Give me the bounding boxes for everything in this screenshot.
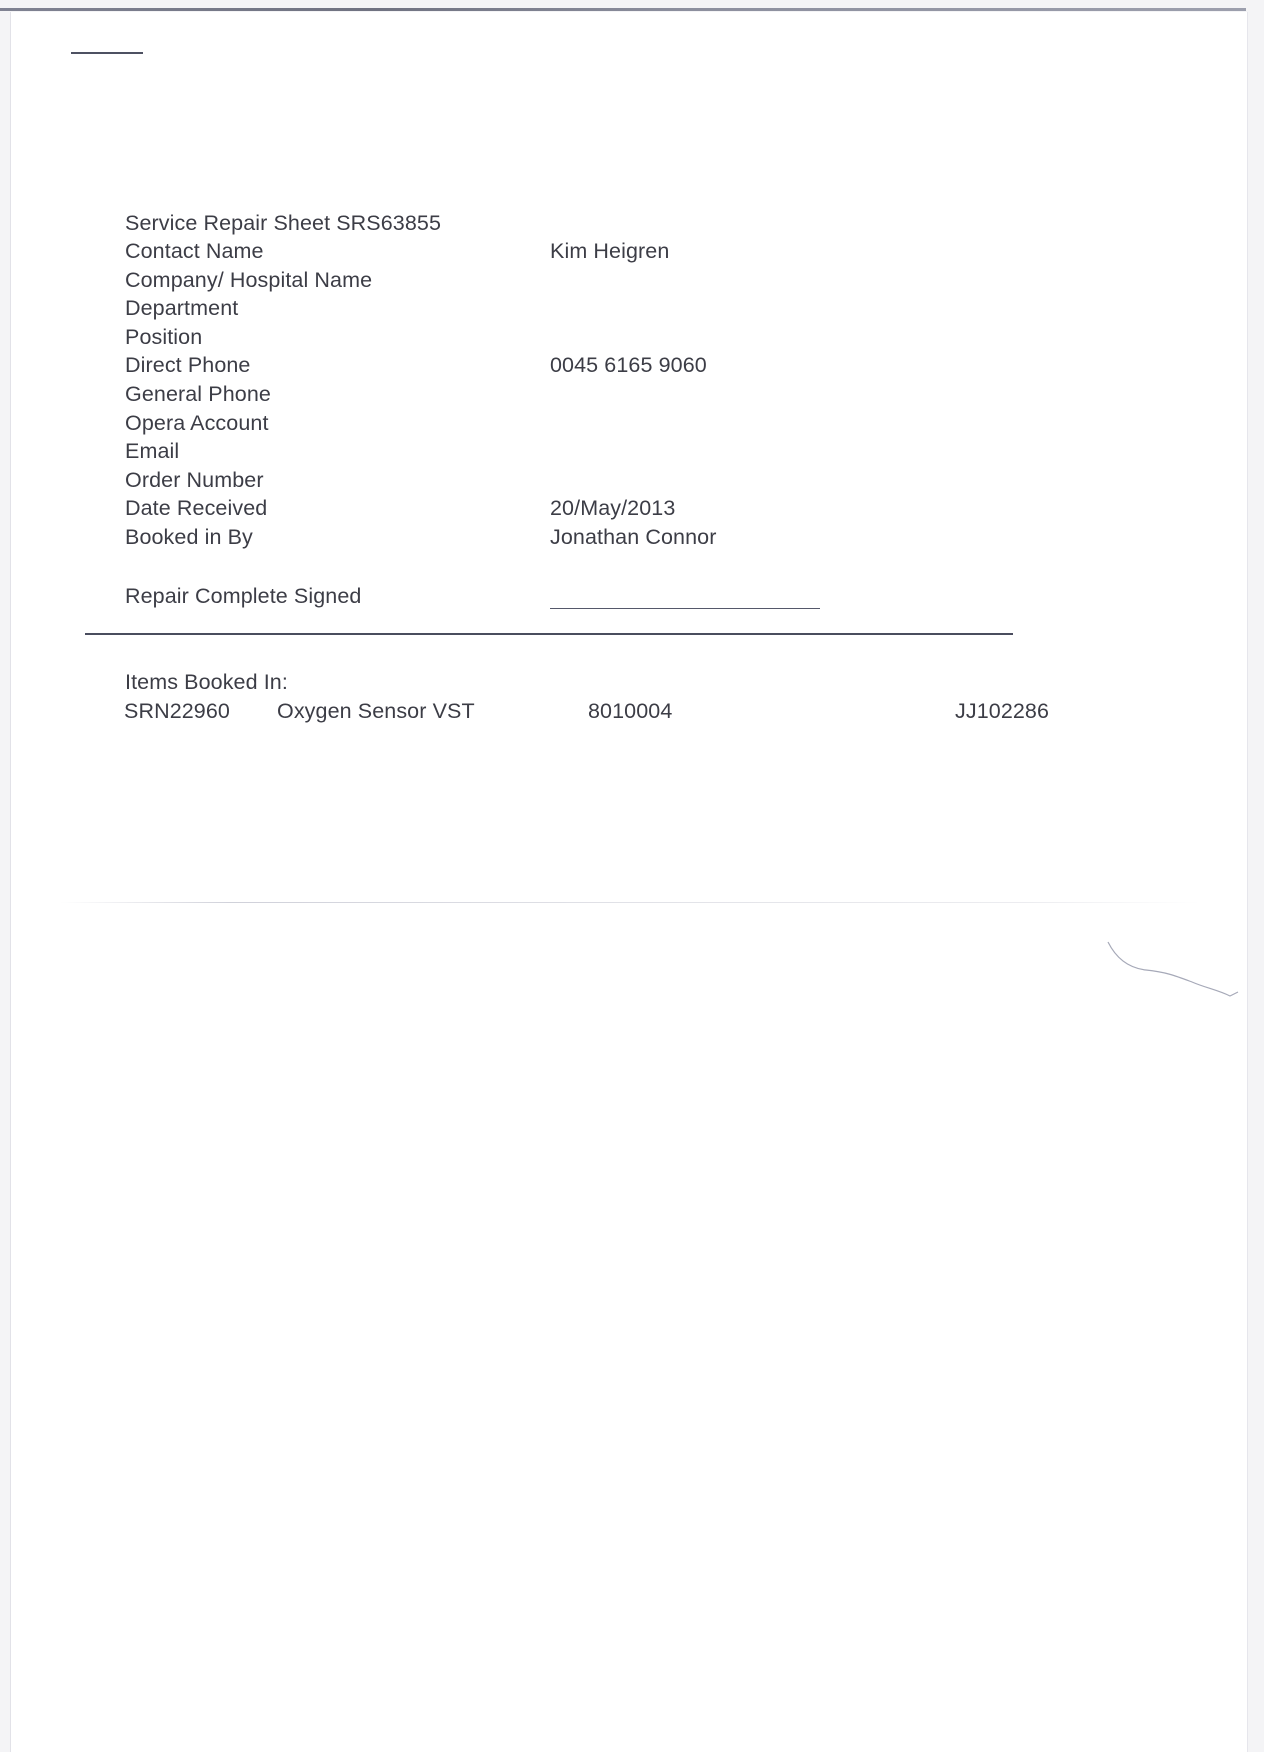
- field-label-date-received: Date Received: [125, 498, 267, 520]
- signature-line: [550, 608, 820, 609]
- field-label-department: Department: [125, 298, 238, 320]
- field-label-order-number: Order Number: [125, 470, 264, 492]
- signature-label: Repair Complete Signed: [125, 586, 361, 608]
- field-label-email: Email: [125, 441, 179, 463]
- field-label-position: Position: [125, 327, 202, 349]
- field-label-direct-phone: Direct Phone: [125, 355, 251, 377]
- field-label-opera-account: Opera Account: [125, 413, 269, 435]
- scan-top-edge: [0, 8, 1246, 11]
- field-value-booked-in-by: Jonathan Connor: [550, 527, 716, 549]
- paper-fold-line: [60, 902, 1200, 903]
- field-label-contact-name: Contact Name: [125, 241, 264, 263]
- corner-mark: [71, 52, 143, 54]
- field-label-general-phone: General Phone: [125, 384, 271, 406]
- field-value-direct-phone: 0045 6165 9060: [550, 355, 707, 377]
- item-serial-number: JJ102286: [955, 701, 1049, 723]
- section-divider: [85, 633, 1013, 635]
- item-srn: SRN22960: [124, 701, 230, 723]
- field-label-booked-in-by: Booked in By: [125, 527, 253, 549]
- field-value-date-received: 20/May/2013: [550, 498, 675, 520]
- item-part-number: 8010004: [588, 701, 672, 723]
- sheet-title: Service Repair Sheet SRS63855: [125, 213, 441, 235]
- paper-tear-mark: [1106, 940, 1246, 1000]
- items-heading: Items Booked In:: [125, 672, 288, 694]
- item-description: Oxygen Sensor VST: [277, 701, 475, 723]
- field-label-company: Company/ Hospital Name: [125, 270, 372, 292]
- field-value-contact-name: Kim Heigren: [550, 241, 669, 263]
